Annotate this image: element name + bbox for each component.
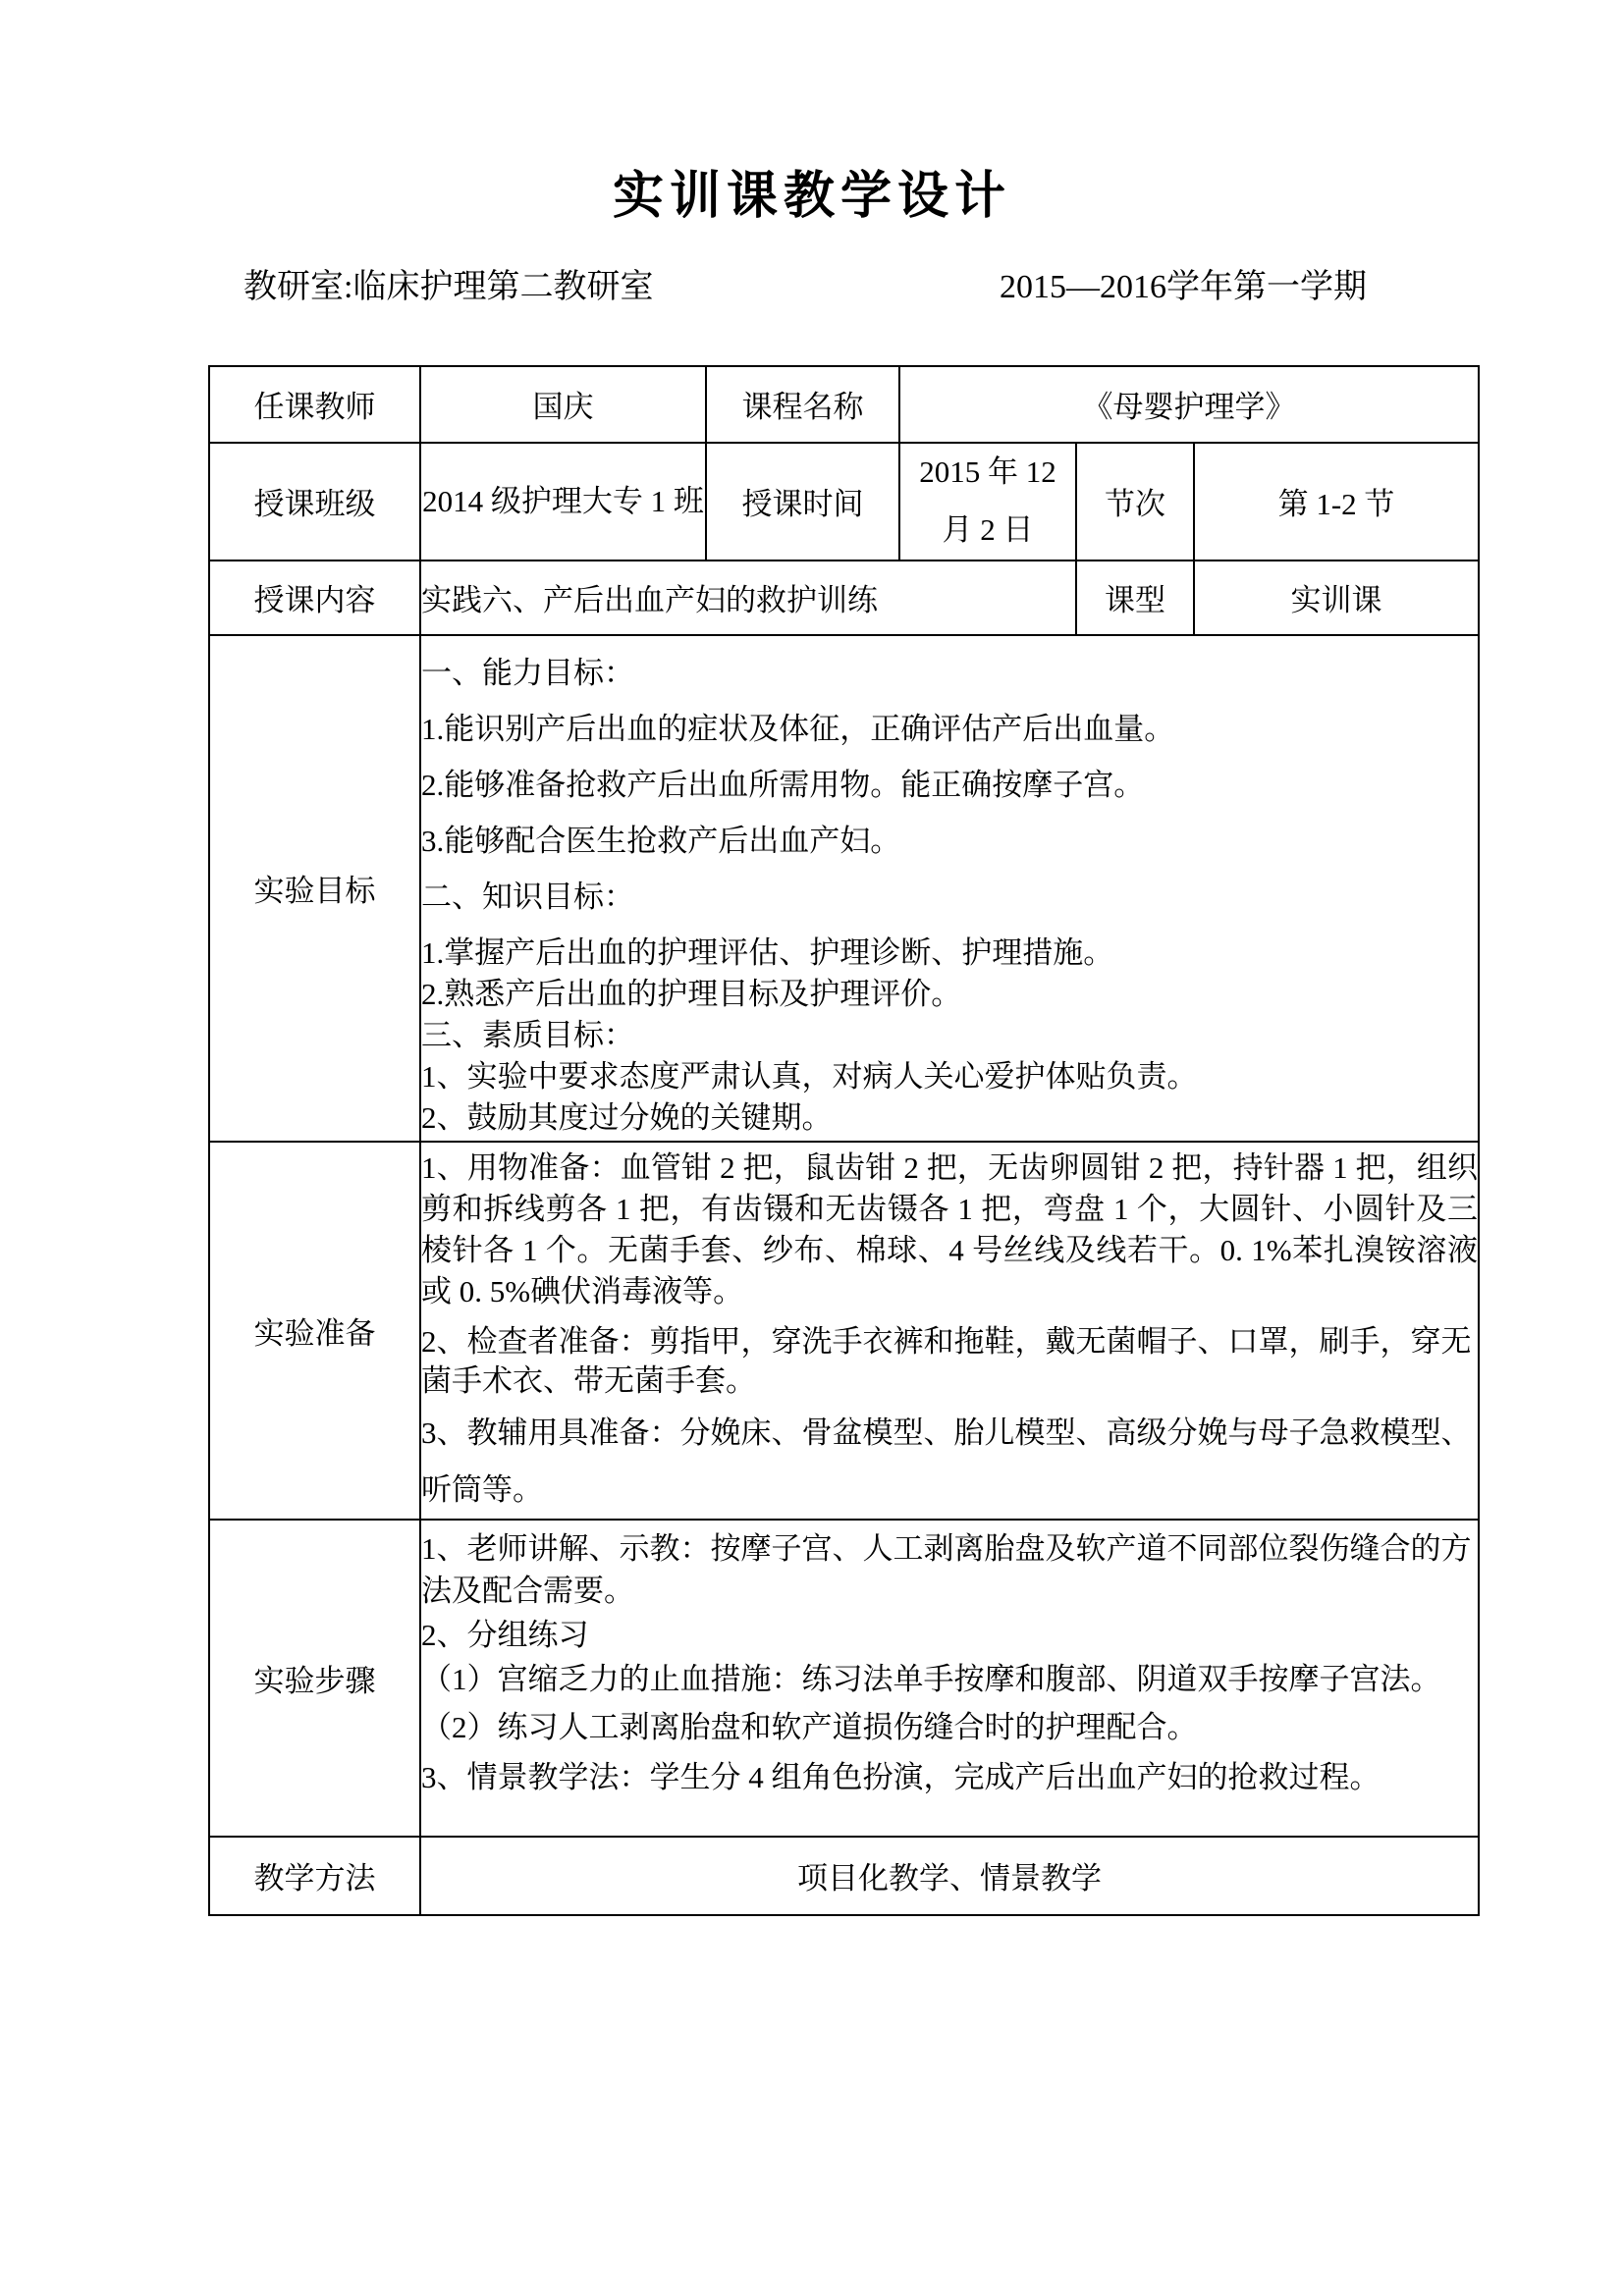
table-row: 教学方法 项目化教学、情景教学	[209, 1837, 1479, 1915]
steps-paragraph: （1）宫缩乏力的止血措施：练习法单手按摩和腹部、阴道双手按摩子宫法。	[421, 1658, 1478, 1700]
teacher-value: 国庆	[420, 366, 706, 443]
time-label: 授课时间	[706, 443, 899, 561]
table-row: 授课班级 2014 级护理大专 1 班 授课时间 2015 年 12 月 2 日…	[209, 443, 1479, 561]
teaching-office: 教研室:临床护理第二教研室	[244, 268, 653, 308]
goal-line: 1.能识别产后出血的症状及体征，正确评估产后出血量。	[421, 714, 1478, 744]
goal-line: 2.能够准备抢救产后出血所需用物。能正确按摩子宫。	[421, 770, 1478, 800]
steps-paragraph: （2）练习人工剥离胎盘和软产道损伤缝合时的护理配合。	[421, 1706, 1478, 1748]
content-label: 授课内容	[209, 561, 420, 635]
goal-line: 三、素质目标：	[421, 1020, 1478, 1050]
steps-label: 实验步骤	[209, 1520, 420, 1837]
session-value: 第 1-2 节	[1194, 443, 1479, 561]
goal-content: 一、能力目标： 1.能识别产后出血的症状及体征，正确评估产后出血量。 2.能够准…	[420, 635, 1479, 1142]
table-row: 实验目标 一、能力目标： 1.能识别产后出血的症状及体征，正确评估产后出血量。 …	[209, 635, 1479, 1142]
page-title: 实训课教学设计	[0, 0, 1624, 225]
goal-label: 实验目标	[209, 635, 420, 1142]
table-row: 授课内容 实践六、产后出血产妇的救护训练 课型 实训课	[209, 561, 1479, 635]
goal-lines: 一、能力目标： 1.能识别产后出血的症状及体征，正确评估产后出血量。 2.能够准…	[421, 636, 1478, 1133]
method-label: 教学方法	[209, 1837, 420, 1915]
steps-paragraphs: 1、老师讲解、示教：按摩子宫、人工剥离胎盘及软产道不同部位裂伤缝合的方法及配合需…	[421, 1521, 1478, 1798]
goal-line: 1、实验中要求态度严肃认真，对病人关心爱护体贴负责。	[421, 1061, 1478, 1092]
method-value: 项目化教学、情景教学	[420, 1837, 1479, 1915]
prep-label: 实验准备	[209, 1142, 420, 1520]
goal-line: 1.掌握产后出血的护理评估、护理诊断、护理措施。	[421, 937, 1478, 968]
class-label: 授课班级	[209, 443, 420, 561]
course-label: 课程名称	[706, 366, 899, 443]
prep-paragraphs: 1、用物准备：血管钳 2 把，鼠齿钳 2 把，无齿卵圆钳 2 把，持针器 1 把…	[421, 1143, 1478, 1519]
steps-paragraph: 1、老师讲解、示教：按摩子宫、人工剥离胎盘及软产道不同部位裂伤缝合的方法及配合需…	[421, 1527, 1478, 1612]
steps-paragraph: 3、情景教学法：学生分 4 组角色扮演，完成产后出血产妇的抢救过程。	[421, 1756, 1478, 1798]
subtitle-row: 教研室:临床护理第二教研室 2015—2016学年第一学期	[0, 268, 1624, 308]
goal-line: 2、鼓励其度过分娩的关键期。	[421, 1102, 1478, 1133]
table-row: 任课教师 国庆 课程名称 《母婴护理学》	[209, 366, 1479, 443]
semester: 2015—2016学年第一学期	[1000, 268, 1367, 308]
goal-line: 二、知识目标：	[421, 881, 1478, 912]
prep-content: 1、用物准备：血管钳 2 把，鼠齿钳 2 把，无齿卵圆钳 2 把，持针器 1 把…	[420, 1142, 1479, 1520]
goal-line: 2.熟悉产后出血的护理目标及护理评价。	[421, 979, 1478, 1009]
class-value: 2014 级护理大专 1 班	[420, 443, 706, 561]
prep-paragraph: 1、用物准备：血管钳 2 把，鼠齿钳 2 把，无齿卵圆钳 2 把，持针器 1 把…	[421, 1148, 1478, 1312]
content-value: 实践六、产后出血产妇的救护训练	[420, 561, 1076, 635]
type-label: 课型	[1076, 561, 1194, 635]
table-row: 实验准备 1、用物准备：血管钳 2 把，鼠齿钳 2 把，无齿卵圆钳 2 把，持针…	[209, 1142, 1479, 1520]
steps-paragraph: 2、分组练习	[421, 1614, 1478, 1656]
table-row: 实验步骤 1、老师讲解、示教：按摩子宫、人工剥离胎盘及软产道不同部位裂伤缝合的方…	[209, 1520, 1479, 1837]
document-page: 实训课教学设计 教研室:临床护理第二教研室 2015—2016学年第一学期 任课…	[0, 0, 1624, 2296]
time-value: 2015 年 12 月 2 日	[899, 443, 1076, 561]
prep-paragraph: 3、教辅用具准备：分娩床、骨盆模型、胎儿模型、高级分娩与母子急救模型、听筒等。	[421, 1405, 1478, 1519]
course-value: 《母婴护理学》	[899, 366, 1479, 443]
prep-paragraph: 2、检查者准备：剪指甲，穿洗手衣裤和拖鞋，戴无菌帽子、口罩，刷手，穿无菌手术衣、…	[421, 1322, 1478, 1401]
lesson-plan-table: 任课教师 国庆 课程名称 《母婴护理学》 授课班级 2014 级护理大专 1 班…	[208, 365, 1480, 1916]
goal-line: 3.能够配合医生抢救产后出血产妇。	[421, 826, 1478, 856]
teacher-label: 任课教师	[209, 366, 420, 443]
type-value: 实训课	[1194, 561, 1479, 635]
goal-line: 一、能力目标：	[421, 658, 1478, 688]
steps-content: 1、老师讲解、示教：按摩子宫、人工剥离胎盘及软产道不同部位裂伤缝合的方法及配合需…	[420, 1520, 1479, 1837]
session-label: 节次	[1076, 443, 1194, 561]
